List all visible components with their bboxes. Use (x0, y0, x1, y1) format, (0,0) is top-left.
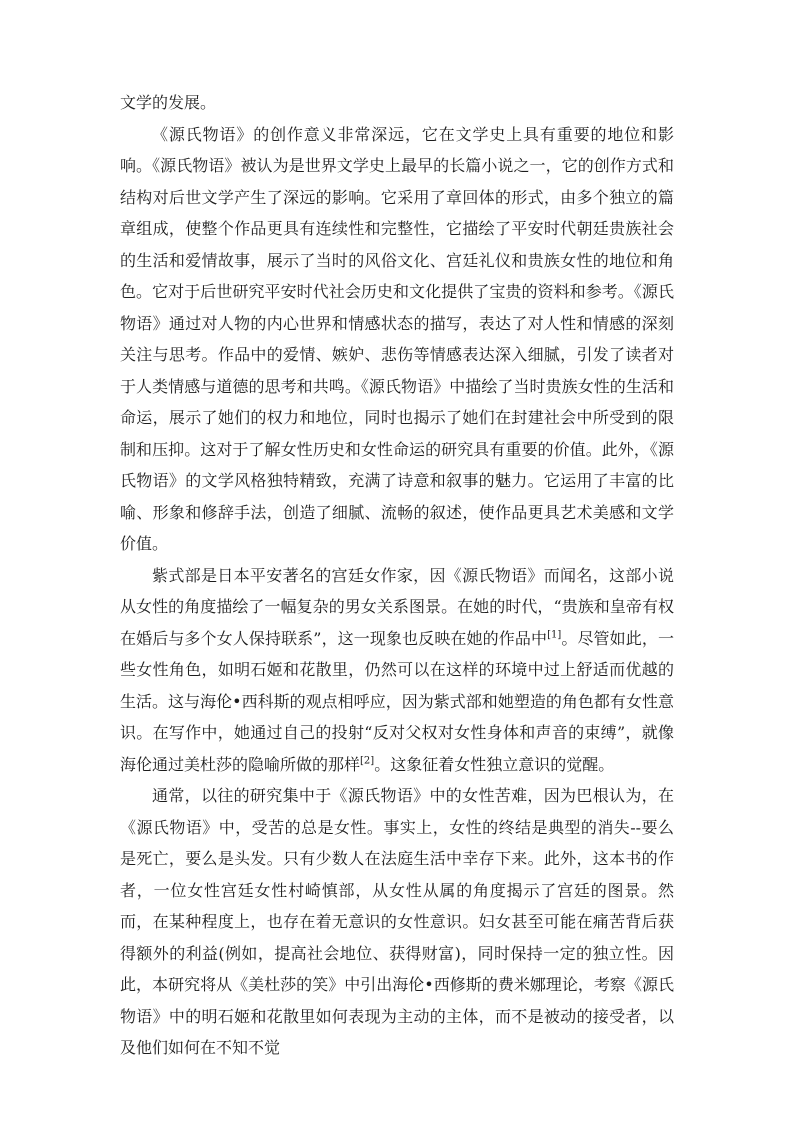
paragraph: 文学的发展。 (120, 87, 674, 119)
paragraph: 通常，以往的研究集中于《源氏物语》中的女性苦难，因为巴根认为，在《源氏物语》中，… (120, 780, 674, 1064)
footnote-ref: [2] (360, 755, 374, 766)
paragraph: 紫式部是日本平安著名的宫廷女作家，因《源氏物语》而闻名，这部小说从女性的角度描绘… (120, 560, 674, 781)
footnote-ref: [1] (547, 629, 561, 640)
document-page: 文学的发展。《源氏物语》的创作意义非常深远，它在文学史上具有重要的地位和影响。《… (0, 0, 793, 1122)
document-body: 文学的发展。《源氏物语》的创作意义非常深远，它在文学史上具有重要的地位和影响。《… (120, 87, 674, 1064)
paragraph: 《源氏物语》的创作意义非常深远，它在文学史上具有重要的地位和影响。《源氏物语》被… (120, 119, 674, 560)
